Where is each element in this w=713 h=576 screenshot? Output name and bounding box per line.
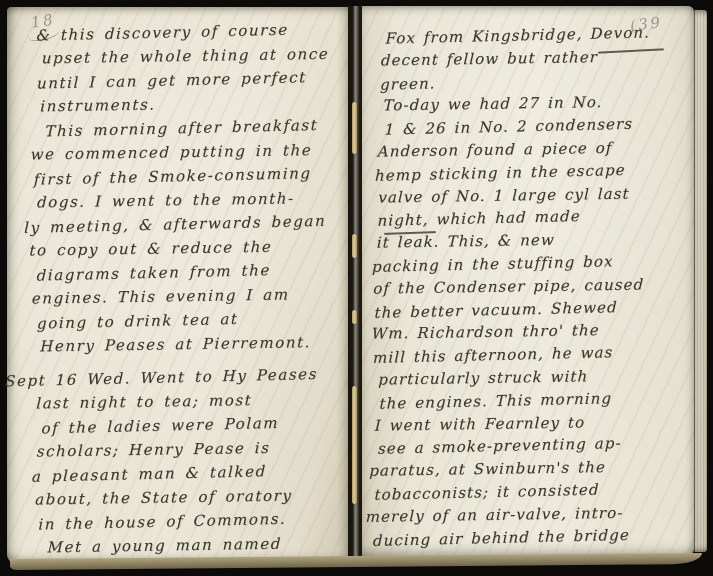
binding-thread — [352, 310, 357, 324]
binding-thread — [352, 102, 357, 154]
left-page-text: & this discovery of course upset the who… — [13, 17, 347, 561]
right-page: (39 Fox from Kingsbridge, Devon. decent … — [362, 6, 694, 558]
left-page: 18 & this discovery of course upset the … — [7, 7, 348, 564]
handwriting-line: Met a young man named — [13, 531, 330, 560]
binding-thread — [352, 386, 357, 504]
page-stack-edge — [694, 10, 707, 552]
diary-photo: 18 & this discovery of course upset the … — [0, 0, 713, 576]
binding-thread — [352, 234, 357, 258]
right-page-text: Fox from Kingsbridge, Devon. decent fell… — [363, 21, 688, 552]
handwriting-line: Henry Peases at Pierremont. — [20, 330, 337, 359]
